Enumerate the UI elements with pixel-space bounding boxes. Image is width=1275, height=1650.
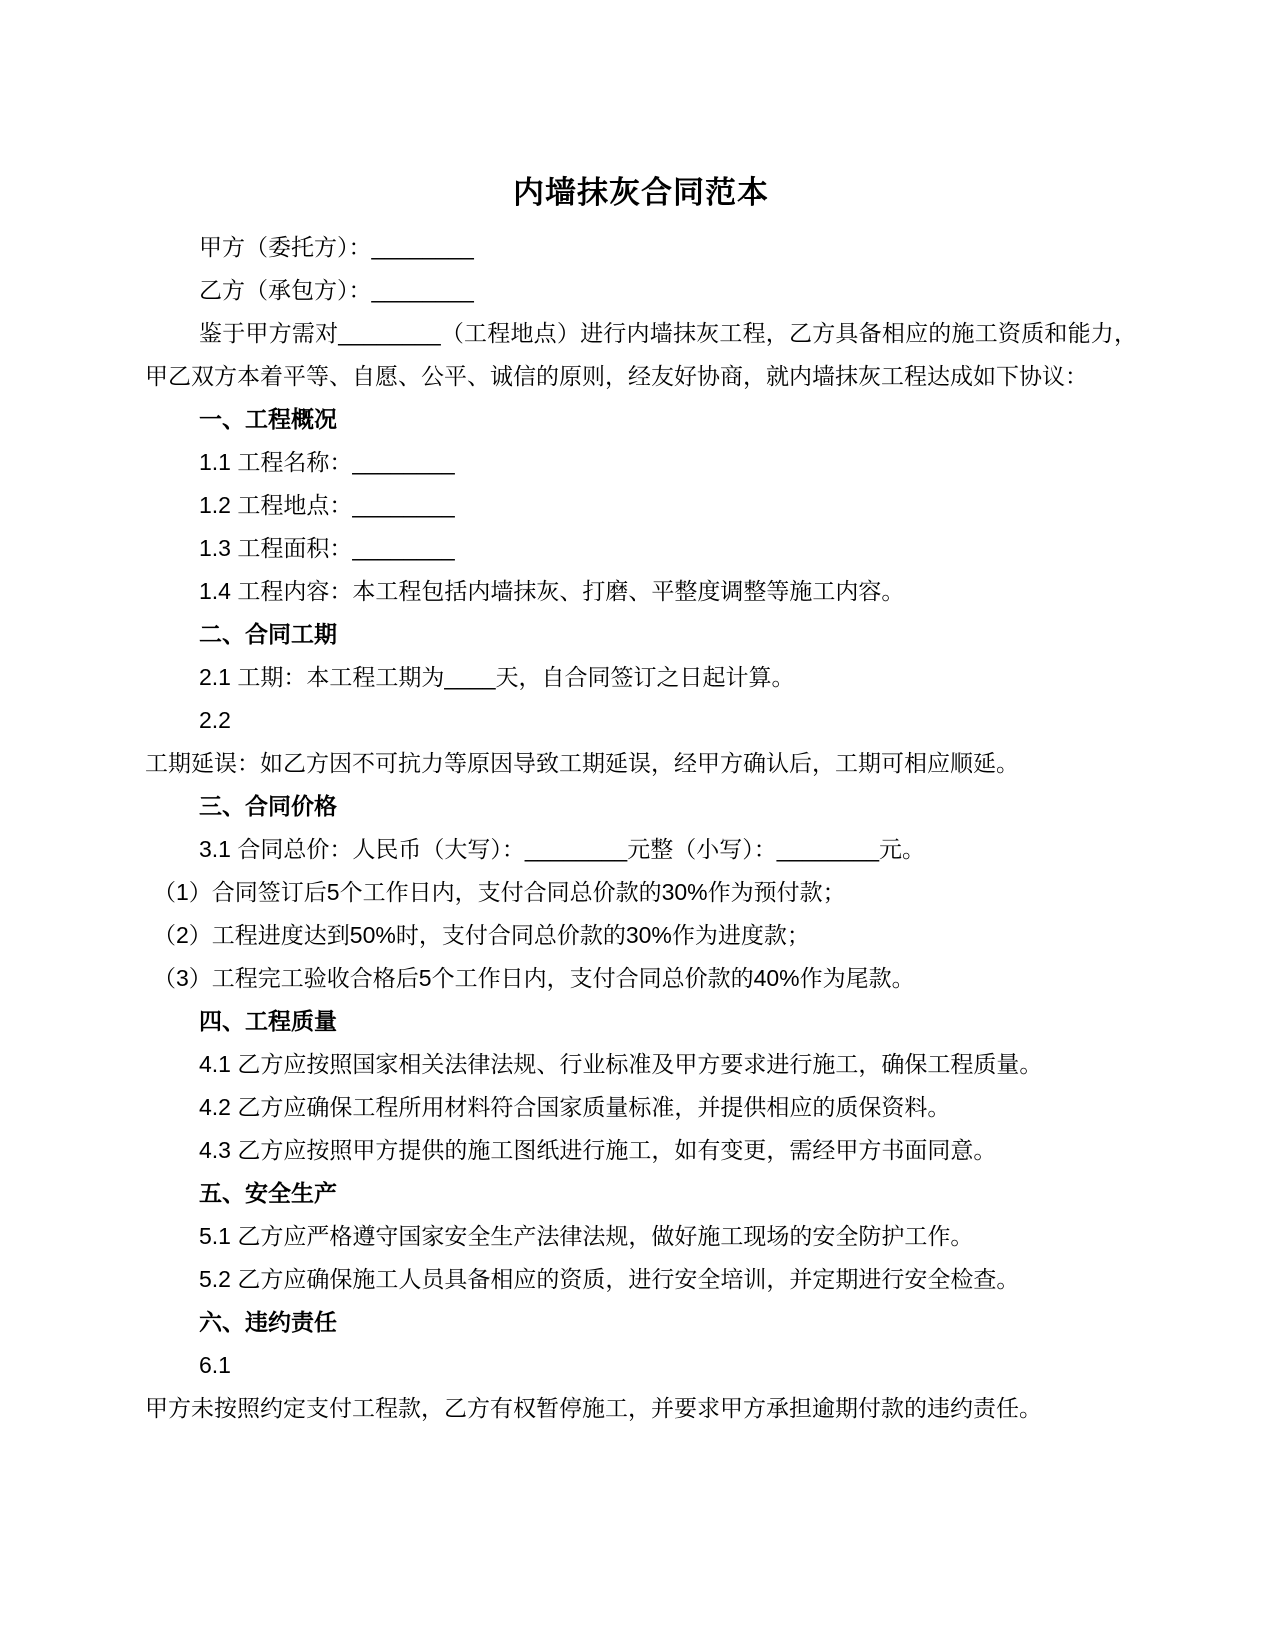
paragraph: 甲方（委托方）：________ [145,226,1137,269]
paragraph: 三、合同价格 [145,785,1137,828]
paragraph: 4.1 乙方应按照国家相关法律法规、行业标准及甲方要求进行施工，确保工程质量。 [145,1043,1137,1086]
paragraph: 一、工程概况 [145,398,1137,441]
paragraph: 2.1 工期：本工程工期为____天，自合同签订之日起计算。 [145,656,1137,699]
paragraph: 4.3 乙方应按照甲方提供的施工图纸进行施工，如有变更，需经甲方书面同意。 [145,1129,1137,1172]
paragraph: （3）工程完工验收合格后5个工作日内，支付合同总价款的40%作为尾款。 [145,957,1137,1000]
paragraph: 5.2 乙方应确保施工人员具备相应的资质，进行安全培训，并定期进行安全检查。 [145,1258,1137,1301]
paragraph: 1.3 工程面积：________ [145,527,1137,570]
paragraph: 1.1 工程名称：________ [145,441,1137,484]
paragraph: 工期延误：如乙方因不可抗力等原因导致工期延误，经甲方确认后，工期可相应顺延。 [145,742,1137,785]
paragraph: 3.1 合同总价：人民币（大写）：________元整（小写）：________… [145,828,1137,871]
paragraph: 2.2 [145,699,1137,742]
contract-page: 内墙抹灰合同范本 甲方（委托方）：________乙方（承包方）：_______… [0,0,1275,1650]
document-body: 甲方（委托方）：________乙方（承包方）：________鉴于甲方需对__… [145,226,1137,1430]
paragraph: 四、工程质量 [145,1000,1137,1043]
paragraph: 1.2 工程地点：________ [145,484,1137,527]
paragraph: 4.2 乙方应确保工程所用材料符合国家质量标准，并提供相应的质保资料。 [145,1086,1137,1129]
paragraph: 甲方未按照约定支付工程款，乙方有权暂停施工，并要求甲方承担逾期付款的违约责任。 [145,1387,1137,1430]
paragraph: 乙方（承包方）：________ [145,269,1137,312]
paragraph: 5.1 乙方应严格遵守国家安全生产法律法规，做好施工现场的安全防护工作。 [145,1215,1137,1258]
paragraph: 6.1 [145,1344,1137,1387]
paragraph: 二、合同工期 [145,613,1137,656]
paragraph: （1）合同签订后5个工作日内，支付合同总价款的30%作为预付款； [145,871,1137,914]
paragraph: 1.4 工程内容：本工程包括内墙抹灰、打磨、平整度调整等施工内容。 [145,570,1137,613]
document-title: 内墙抹灰合同范本 [145,170,1137,216]
paragraph: （2）工程进度达到50%时，支付合同总价款的30%作为进度款； [145,914,1137,957]
paragraph: 鉴于甲方需对________（工程地点）进行内墙抹灰工程，乙方具备相应的施工资质… [145,312,1137,398]
paragraph: 六、违约责任 [145,1301,1137,1344]
paragraph: 五、安全生产 [145,1172,1137,1215]
